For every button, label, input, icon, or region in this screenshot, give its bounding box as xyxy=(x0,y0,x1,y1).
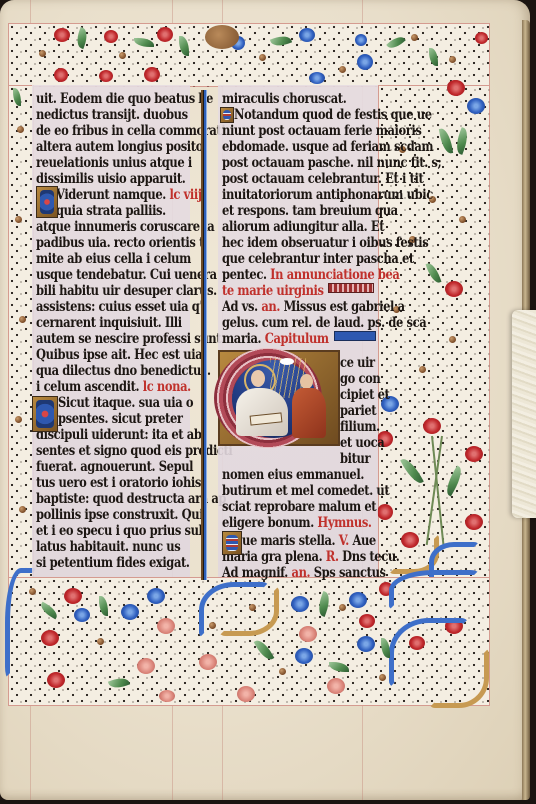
leaf-icon xyxy=(179,36,189,56)
pink-flower-icon xyxy=(299,626,317,642)
berry-icon xyxy=(419,366,426,373)
blue-flower-icon xyxy=(355,34,367,46)
line-filler-red xyxy=(328,283,374,293)
red-flower-icon xyxy=(41,630,59,646)
berry-icon xyxy=(15,416,22,423)
annunciation-miniature xyxy=(218,350,340,446)
red-flower-icon xyxy=(47,672,65,688)
line-filler-blue xyxy=(334,331,376,341)
red-flower-icon xyxy=(64,588,82,604)
red-flower-icon xyxy=(475,32,488,44)
pink-flower-icon xyxy=(157,618,175,634)
red-flower-icon xyxy=(447,80,465,96)
pink-flower-icon xyxy=(159,690,175,702)
pink-flower-icon xyxy=(327,678,345,694)
blue-flower-icon xyxy=(147,588,165,604)
red-flower-icon xyxy=(54,28,70,42)
red-flower-icon xyxy=(144,67,160,82)
leaf-icon xyxy=(315,591,333,617)
text-column-right: miraculis choruscat. Notandum quod de fe… xyxy=(218,85,378,577)
blue-flower-icon xyxy=(357,54,373,70)
berry-icon xyxy=(209,622,216,629)
berry-icon xyxy=(279,668,286,675)
text-column-left: uit. Eodem die quo beatus be nedictus tr… xyxy=(32,85,190,577)
blue-flower-icon xyxy=(121,604,139,620)
leaf-icon xyxy=(381,638,390,658)
border-top xyxy=(8,23,490,87)
red-flower-icon xyxy=(104,30,118,43)
pink-flower-icon xyxy=(199,654,217,670)
red-flower-icon xyxy=(377,504,393,520)
angel-figure-head xyxy=(300,374,313,389)
leaf-icon xyxy=(386,33,406,51)
manuscript-page: uit. Eodem die quo beatus be nedictus tr… xyxy=(0,0,530,800)
dove-icon xyxy=(280,358,294,365)
leaf-icon xyxy=(99,596,108,616)
berry-icon xyxy=(449,336,456,343)
berry-icon xyxy=(459,216,466,223)
berry-icon xyxy=(449,56,456,63)
berry-icon xyxy=(379,674,386,681)
angel-figure-robe xyxy=(292,388,326,438)
berry-icon xyxy=(39,50,46,57)
initial-v-blue xyxy=(36,186,58,218)
text-line: Ad magnif. an. Sps sanctus xyxy=(222,561,386,585)
text-line: maria. Capitulum xyxy=(222,327,329,351)
leaf-icon xyxy=(254,637,275,663)
pink-flower-icon xyxy=(237,686,255,702)
leaf-icon xyxy=(38,602,60,620)
leaf-icon xyxy=(74,27,90,49)
initial-pattern xyxy=(226,535,238,551)
acanthus-scroll-icon xyxy=(219,586,279,636)
blue-flower-icon xyxy=(309,72,325,84)
red-flower-icon xyxy=(465,514,483,530)
leaf-icon xyxy=(400,456,424,487)
berry-icon xyxy=(339,604,346,611)
text-line: si petentium fides exigat. xyxy=(36,551,190,575)
leaf-icon xyxy=(426,261,442,285)
berry-icon xyxy=(119,52,126,59)
blue-flower-icon xyxy=(74,608,90,622)
berry-icon xyxy=(29,588,36,595)
acanthus-scroll-icon xyxy=(5,568,37,678)
leaf-icon xyxy=(453,127,471,155)
red-flower-icon xyxy=(157,27,173,42)
blue-flower-icon xyxy=(467,98,485,114)
red-flower-icon xyxy=(423,418,441,434)
blue-flower-icon xyxy=(291,596,309,612)
berry-icon xyxy=(97,638,104,645)
leaf-icon xyxy=(108,675,130,691)
initial-a-blue xyxy=(222,531,242,555)
virgin-figure-head xyxy=(251,370,265,387)
acanthus-scroll-icon xyxy=(429,648,489,708)
border-bottom xyxy=(8,577,490,706)
column-divider-rule xyxy=(201,90,207,580)
red-flower-icon xyxy=(99,70,113,82)
page-tab-marker xyxy=(512,310,536,518)
berry-icon xyxy=(19,316,26,323)
leaf-icon xyxy=(329,662,349,672)
blue-flower-icon xyxy=(357,636,375,652)
acanthus-scroll-icon xyxy=(389,570,479,610)
red-flower-icon xyxy=(359,614,375,628)
leaf-icon xyxy=(134,38,154,47)
flower-initial-icon xyxy=(36,400,54,428)
border-left xyxy=(8,85,34,579)
blue-flower-icon xyxy=(295,648,313,664)
berry-icon xyxy=(339,66,346,73)
leaf-icon xyxy=(13,88,21,106)
gourd-ornament-icon xyxy=(205,25,239,49)
leaf-icon xyxy=(429,48,438,66)
blue-flower-icon xyxy=(349,592,367,608)
leaf-icon xyxy=(442,466,466,497)
initial-n-blue xyxy=(220,107,234,123)
pink-flower-icon xyxy=(137,658,155,674)
berry-icon xyxy=(259,54,266,61)
red-flower-icon xyxy=(465,446,483,462)
flower-initial-icon xyxy=(40,190,54,214)
berry-icon xyxy=(249,604,256,611)
red-flower-icon xyxy=(54,68,68,82)
leaf-icon xyxy=(270,33,292,49)
berry-icon xyxy=(17,126,24,133)
berry-icon xyxy=(411,34,418,41)
initial-pattern xyxy=(223,110,231,120)
berry-icon xyxy=(19,506,26,513)
red-flower-icon xyxy=(445,281,463,297)
initial-s-blue xyxy=(32,396,58,432)
berry-icon xyxy=(15,216,22,223)
blue-flower-icon xyxy=(299,28,315,42)
